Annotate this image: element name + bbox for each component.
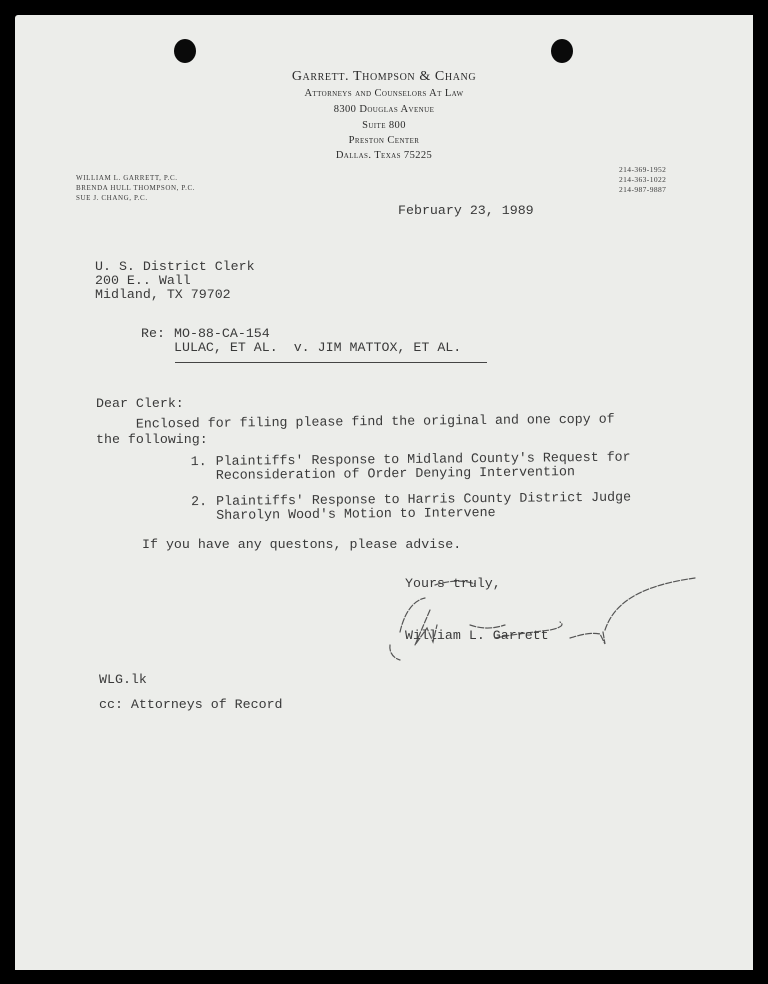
- item-number: 1.: [191, 455, 207, 469]
- case-title: LULAC, ET AL. v. JIM MATTOX, ET AL.: [174, 341, 461, 355]
- letter-page: Garrett. Thompson & Chang Attorneys and …: [15, 15, 753, 970]
- enclosure-item: 1. Plaintiffs' Response to Midland Count…: [15, 7, 753, 15]
- phone-number: 214-987-9887: [619, 185, 666, 195]
- firm-suite: Suite 800: [15, 120, 753, 131]
- phone-list: 214-369-1952 214-363-1022 214-987-9887: [619, 165, 666, 195]
- punch-hole-right: [551, 39, 573, 63]
- signer-name: William L. Garrett: [405, 629, 549, 643]
- closing: Yours truly,: [405, 577, 501, 591]
- punch-hole-left: [174, 39, 196, 63]
- firm-name: Garrett. Thompson & Chang: [15, 69, 753, 85]
- partner-list: William L. Garrett, P.C. Brenda Hull Tho…: [76, 173, 195, 203]
- recipient-line: 200 E.. Wall: [95, 274, 191, 288]
- firm-center: Preston Center: [15, 135, 753, 146]
- partner-name: Brenda Hull Thompson, P.C.: [76, 183, 195, 193]
- re-label: Re:: [141, 327, 165, 341]
- firm-subtitle: Attorneys and Counselors At Law: [15, 88, 753, 99]
- phone-number: 214-369-1952: [619, 165, 666, 175]
- body-intro-line2: the following:: [96, 433, 208, 447]
- phone-number: 214-363-1022: [619, 175, 666, 185]
- body-intro-line1: Enclosed for filing please find the orig…: [96, 413, 615, 432]
- item-line: Reconsideration of Order Denying Interve…: [216, 465, 575, 483]
- letter-date: February 23, 1989: [398, 204, 534, 218]
- partner-name: Sue J. Chang, P.C.: [76, 193, 195, 203]
- salutation: Dear Clerk:: [96, 397, 184, 411]
- item-line: Sharolyn Wood's Motion to Intervene: [216, 506, 495, 523]
- firm-city: Dallas. Texas 75225: [15, 150, 753, 161]
- enclosure-item: 2. Plaintiffs' Response to Harris County…: [15, 7, 753, 15]
- firm-street: 8300 Douglas Avenue: [15, 104, 753, 115]
- reference-initials: WLG.lk: [99, 673, 147, 687]
- re-underline: [175, 362, 487, 363]
- recipient-line: U. S. District Clerk: [95, 260, 255, 274]
- partner-name: William L. Garrett, P.C.: [76, 173, 195, 183]
- recipient-line: Midland, TX 79702: [95, 288, 231, 302]
- cc-line: cc: Attorneys of Record: [99, 698, 283, 712]
- closing-sentence: If you have any questons, please advise.: [142, 538, 461, 552]
- case-number: MO-88-CA-154: [174, 327, 270, 341]
- item-number: 2.: [191, 495, 207, 509]
